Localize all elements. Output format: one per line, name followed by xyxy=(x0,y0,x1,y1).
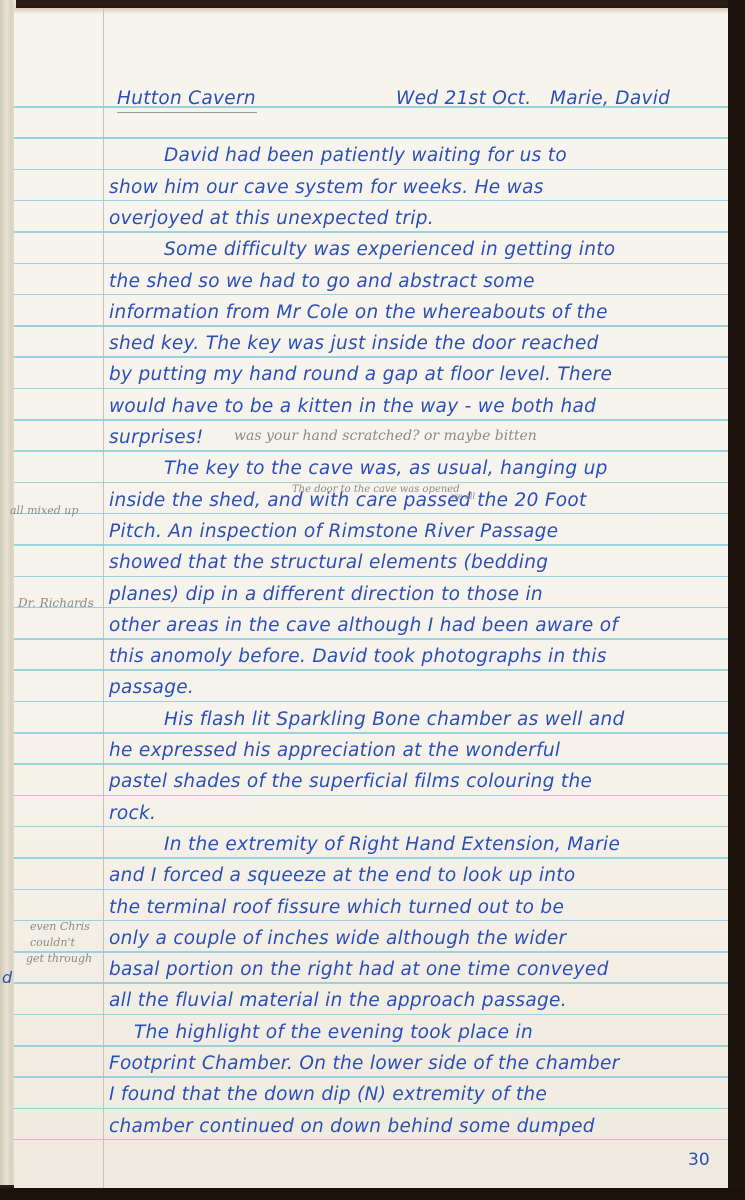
journal-line: this anomoly before. David took photogra… xyxy=(109,646,607,667)
journal-line: pastel shades of the superficial films c… xyxy=(109,771,592,792)
ruled-line xyxy=(14,388,728,390)
pencil-margin-richards: Dr. Richards xyxy=(18,596,94,610)
journal-line: other areas in the cave although I had b… xyxy=(109,615,618,636)
journal-line: showed that the structural elements (bed… xyxy=(109,552,548,573)
page-top-edge xyxy=(14,8,728,14)
journal-line: passage. xyxy=(109,677,194,698)
ruled-line xyxy=(14,1076,728,1078)
ruled-line xyxy=(14,638,728,640)
journal-line: and I forced a squeeze at the end to loo… xyxy=(109,865,575,886)
header-location: Hutton Cavern xyxy=(117,88,256,109)
ruled-line xyxy=(14,356,728,358)
pencil-note-scratched: was your hand scratched? or maybe bitten xyxy=(234,428,537,444)
ruled-line xyxy=(14,513,728,515)
journal-line: by putting my hand round a gap at floor … xyxy=(109,364,612,385)
journal-line: shed key. The key was just inside the do… xyxy=(109,333,599,354)
journal-line: basal portion on the right had at one ti… xyxy=(109,959,609,980)
journal-line: the terminal roof fissure which turned o… xyxy=(109,897,564,918)
ruled-line xyxy=(14,544,728,546)
journal-line: chamber continued on down behind some du… xyxy=(109,1116,595,1137)
ruled-line xyxy=(14,1014,728,1016)
notebook-page: Hutton Cavern Wed 21st Oct. Marie, David… xyxy=(14,8,728,1188)
ruled-line xyxy=(14,701,728,703)
pencil-margin-get-through: get through xyxy=(26,952,92,965)
journal-line: only a couple of inches wide although th… xyxy=(109,928,566,949)
ruled-line xyxy=(14,669,728,671)
ruled-line xyxy=(14,763,728,765)
journal-line: would have to be a kitten in the way - w… xyxy=(109,396,596,417)
journal-line: show him our cave system for weeks. He w… xyxy=(109,177,544,198)
ruled-line xyxy=(14,169,728,171)
journal-line: planes) dip in a different direction to … xyxy=(109,584,543,605)
ruled-line xyxy=(14,920,728,922)
journal-line: all the fluvial material in the approach… xyxy=(109,990,567,1011)
journal-line: information from Mr Cole on the whereabo… xyxy=(109,302,608,323)
journal-line: overjoyed at this unexpected trip. xyxy=(109,208,434,229)
journal-line: the shed so we had to go and abstract so… xyxy=(109,271,535,292)
journal-line: The key to the cave was, as usual, hangi… xyxy=(164,458,608,479)
pencil-margin-couldnt: couldn't xyxy=(30,936,75,949)
ruled-line xyxy=(14,231,728,233)
page-number: 30 xyxy=(688,1150,710,1170)
pencil-margin-even-chris: even Chris xyxy=(30,920,90,933)
ruled-line xyxy=(14,607,728,609)
background-bottom xyxy=(0,1188,745,1200)
ruled-line xyxy=(14,951,728,953)
journal-line: rock. xyxy=(109,803,156,824)
ruled-line xyxy=(14,137,728,139)
pencil-note-door: The door to the cave was opened xyxy=(292,484,460,495)
header-party: Marie, David xyxy=(550,88,670,109)
ruled-line xyxy=(14,419,728,421)
ruled-line xyxy=(14,294,728,296)
ruled-line xyxy=(14,200,728,202)
ruled-line xyxy=(14,889,728,891)
ruled-line xyxy=(14,1108,728,1110)
journal-line: His flash lit Sparkling Bone chamber as … xyxy=(164,709,625,730)
journal-line: Pitch. An inspection of Rimstone River P… xyxy=(109,521,558,542)
ruled-line xyxy=(14,982,728,984)
margin-line xyxy=(103,8,104,1188)
ruled-line xyxy=(14,857,728,859)
journal-line: surprises! xyxy=(109,427,204,448)
background-right xyxy=(728,0,745,1200)
journal-line: David had been patiently waiting for us … xyxy=(164,145,567,166)
ruled-line xyxy=(14,482,728,484)
edge-fragment: d xyxy=(2,968,12,987)
ruled-line xyxy=(14,1045,728,1047)
ruled-line xyxy=(14,450,728,452)
journal-line: Some difficulty was experienced in getti… xyxy=(164,239,615,260)
journal-line: In the extremity of Right Hand Extension… xyxy=(164,834,620,855)
ruled-line xyxy=(14,325,728,327)
ruled-line xyxy=(14,263,728,265)
journal-line: Footprint Chamber. On the lower side of … xyxy=(109,1053,620,1074)
pencil-margin-mixed-up: all mixed up xyxy=(10,504,78,517)
ruled-line xyxy=(14,576,728,578)
title-underline xyxy=(117,112,257,113)
header-date: Wed 21st Oct. xyxy=(396,88,531,109)
journal-line: I found that the down dip (N) extremity … xyxy=(109,1084,547,1105)
ruled-line xyxy=(14,732,728,734)
pencil-note-we-all: we all xyxy=(451,492,475,501)
journal-line: The highlight of the evening took place … xyxy=(134,1022,533,1043)
ruled-line xyxy=(14,795,728,797)
journal-line: he expressed his appreciation at the won… xyxy=(109,740,560,761)
ruled-line xyxy=(14,1139,728,1141)
ruled-line xyxy=(14,826,728,828)
